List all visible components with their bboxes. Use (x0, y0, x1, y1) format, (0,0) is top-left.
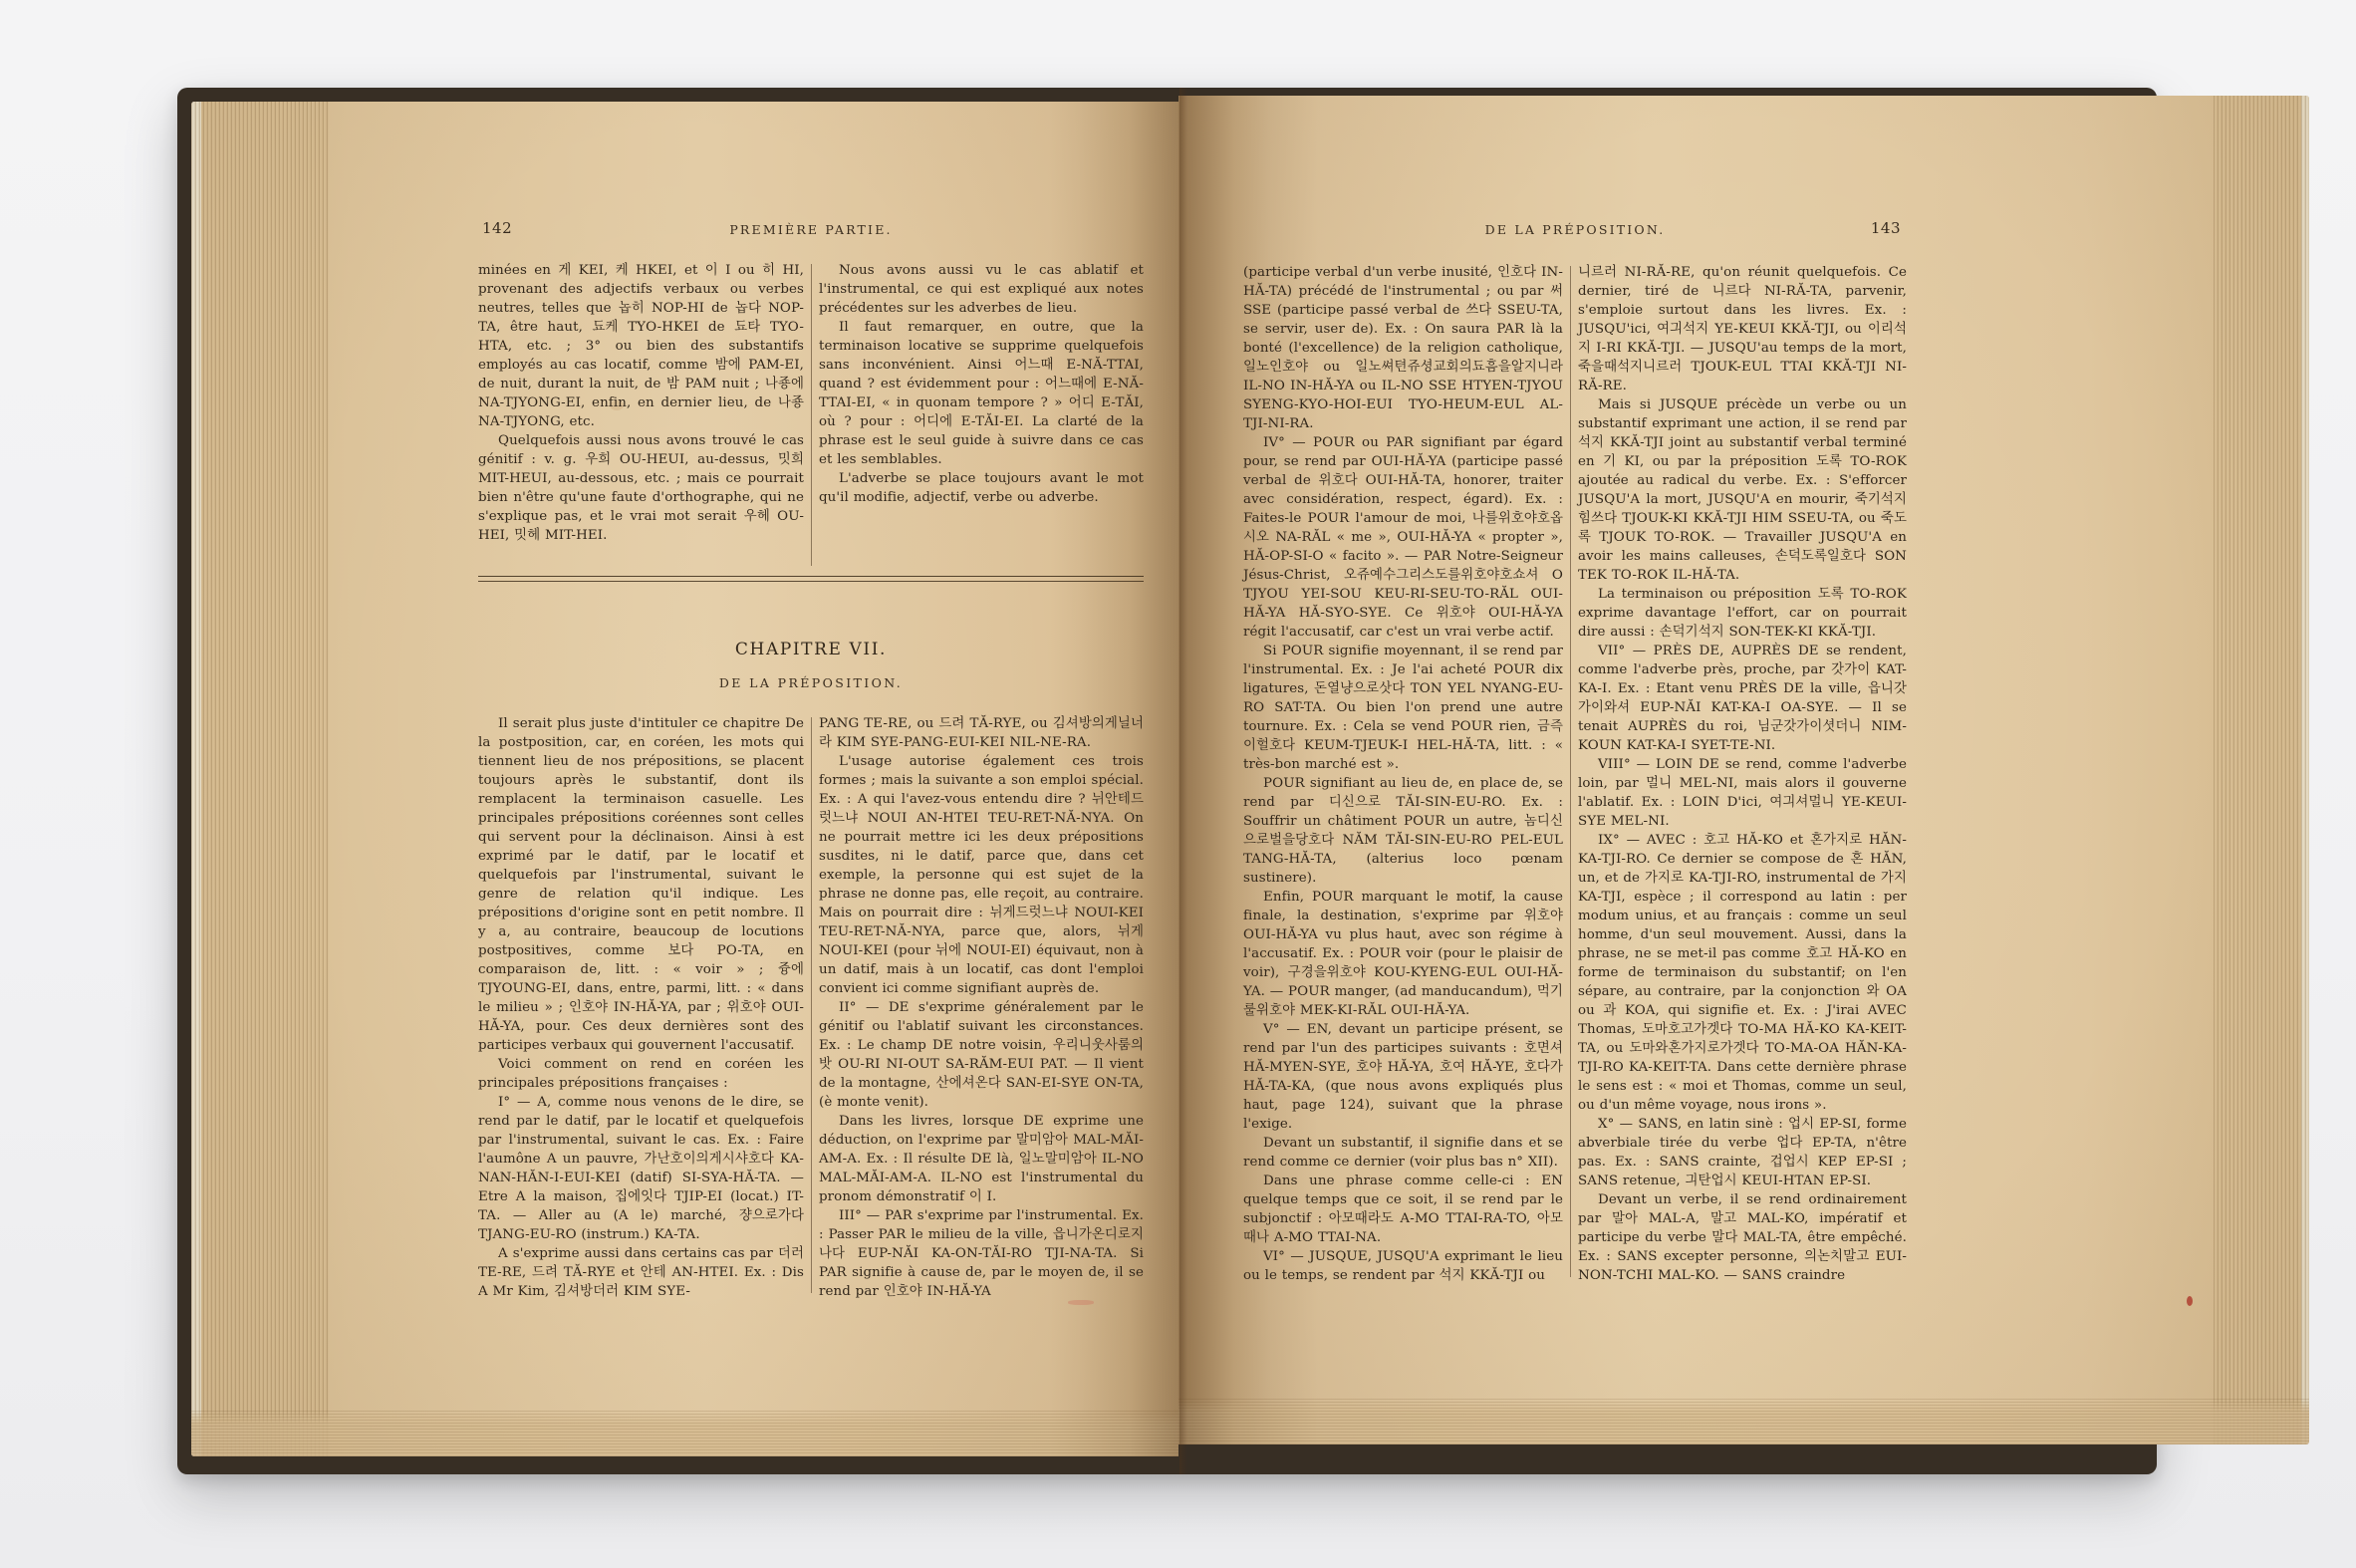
paragraph: POUR signifiant au lieu de, en place de,… (1243, 774, 1563, 888)
column-divider-rule (1570, 266, 1571, 1277)
paragraph: minées en 게 KEI, 케 HKEI, et 이 I ou 히 HI,… (478, 261, 804, 431)
column-142-right-top: Nous avons aussi vu le cas ablatif et l'… (819, 261, 1144, 574)
running-title: PREMIÈRE PARTIE. (478, 222, 1144, 237)
paragraph: IX° — AVEC : 호고 HĂ-KO et 혼가지로 HĂN-KA-TJI… (1578, 831, 1907, 1115)
paragraph: Voici comment on rend en coréen les prin… (478, 1055, 804, 1093)
section-preposition-continued: (participe verbal d'un verbe inusité, 인호… (1243, 263, 1907, 1285)
column-142-right-bottom: PANG TE-RE, ou 드려 TĂ-RYE, ou 김셔방의게닐너라 KI… (819, 714, 1144, 1301)
text-block-142: 142 PREMIÈRE PARTIE. minées en 게 KEI, 케 … (478, 219, 1144, 1301)
paragraph: Devant un substantif, il signifie dans e… (1243, 1134, 1563, 1172)
paragraph: La terminaison ou préposition 도록 TO-ROK … (1578, 585, 1907, 642)
column-142-left-bottom: Il serait plus juste d'intituler ce chap… (478, 714, 804, 1301)
column-divider-rule (811, 717, 812, 1293)
paragraph: PANG TE-RE, ou 드려 TĂ-RYE, ou 김셔방의게닐너라 KI… (819, 714, 1144, 752)
paragraph: I° — A, comme nous venons de le dire, se… (478, 1093, 804, 1244)
paragraph: II° — DE s'exprime généralement par le g… (819, 998, 1144, 1112)
paragraph: Si POUR signifie moyennant, il se rend p… (1243, 642, 1563, 774)
chapter-title: CHAPITRE VII. (478, 640, 1144, 659)
paragraph: L'adverbe se place toujours avant le mot… (819, 469, 1144, 507)
paragraph: Dans une phrase comme celle-ci : EN quel… (1243, 1172, 1563, 1247)
page-number: 143 (1871, 219, 1901, 237)
paragraph: III° — PAR s'exprime par l'instrumental.… (819, 1206, 1144, 1301)
paragraph: Il faut remarquer, en outre, que la term… (819, 318, 1144, 469)
paragraph: (participe verbal d'un verbe inusité, 인호… (1243, 263, 1563, 433)
paragraph: VIII° — LOIN DE se rend, comme l'adverbe… (1578, 755, 1907, 831)
column-divider-rule (811, 264, 812, 566)
paragraph: Nous avons aussi vu le cas ablatif et l'… (819, 261, 1144, 318)
paragraph: IV° — POUR ou PAR signifiant par égard p… (1243, 433, 1563, 642)
section-adverbs-end: minées en 게 KEI, 케 HKEI, et 이 I ou 히 HI,… (478, 261, 1144, 574)
section-preposition-start: Il serait plus juste d'intituler ce chap… (478, 714, 1144, 1301)
paragraph: V° — EN, devant un participe présent, se… (1243, 1020, 1563, 1134)
page-143: DE LA PRÉPOSITION. 143 (participe verbal… (1178, 96, 2309, 1444)
paragraph: L'usage autorise également ces trois for… (819, 752, 1144, 998)
paragraph: VI° — JUSQUE, JUSQU'A exprimant le lieu … (1243, 1247, 1563, 1285)
column-143-left: (participe verbal d'un verbe inusité, 인호… (1243, 263, 1563, 1285)
book: 142 PREMIÈRE PARTIE. minées en 게 KEI, 케 … (177, 88, 2157, 1474)
paragraph: Enfin, POUR marquant le motif, la cause … (1243, 888, 1563, 1020)
page-142: 142 PREMIÈRE PARTIE. minées en 게 KEI, 케 … (191, 102, 1178, 1456)
column-142-left-top: minées en 게 KEI, 케 HKEI, et 이 I ou 히 HI,… (478, 261, 804, 574)
paragraph: VII° — PRÈS DE, AUPRÈS DE se rendent, co… (1578, 642, 1907, 755)
stain-mark (2187, 1296, 2193, 1306)
paragraph: A s'exprime aussi dans certains cas par … (478, 1244, 804, 1301)
page-header-142: 142 PREMIÈRE PARTIE. (478, 219, 1144, 243)
section-double-rule (478, 576, 1144, 582)
chapter-subtitle: DE LA PRÉPOSITION. (478, 675, 1144, 690)
text-block-143: DE LA PRÉPOSITION. 143 (participe verbal… (1243, 219, 1907, 1285)
paragraph: Il serait plus juste d'intituler ce chap… (478, 714, 804, 1055)
photo-backdrop: { "meta": { "description": "Photograph o… (0, 0, 2356, 1568)
paragraph: Quelquefois aussi nous avons trouvé le c… (478, 431, 804, 545)
paragraph: 니르러 NI-RĂ-RE, qu'on réunit quelquefois. … (1578, 263, 1907, 395)
paragraph: Mais si JUSQUE précède un verbe ou un su… (1578, 395, 1907, 585)
page-header-143: DE LA PRÉPOSITION. 143 (1243, 219, 1907, 243)
paragraph: Devant un verbe, il se rend ordinairemen… (1578, 1190, 1907, 1285)
column-143-right: 니르러 NI-RĂ-RE, qu'on réunit quelquefois. … (1578, 263, 1907, 1285)
running-title: DE LA PRÉPOSITION. (1243, 222, 1907, 237)
spine-crease (1179, 88, 1187, 1474)
paragraph: Dans les livres, lorsque DE exprime une … (819, 1112, 1144, 1206)
paragraph: X° — SANS, en latin sinè : 업시 EP-SI, for… (1578, 1115, 1907, 1190)
